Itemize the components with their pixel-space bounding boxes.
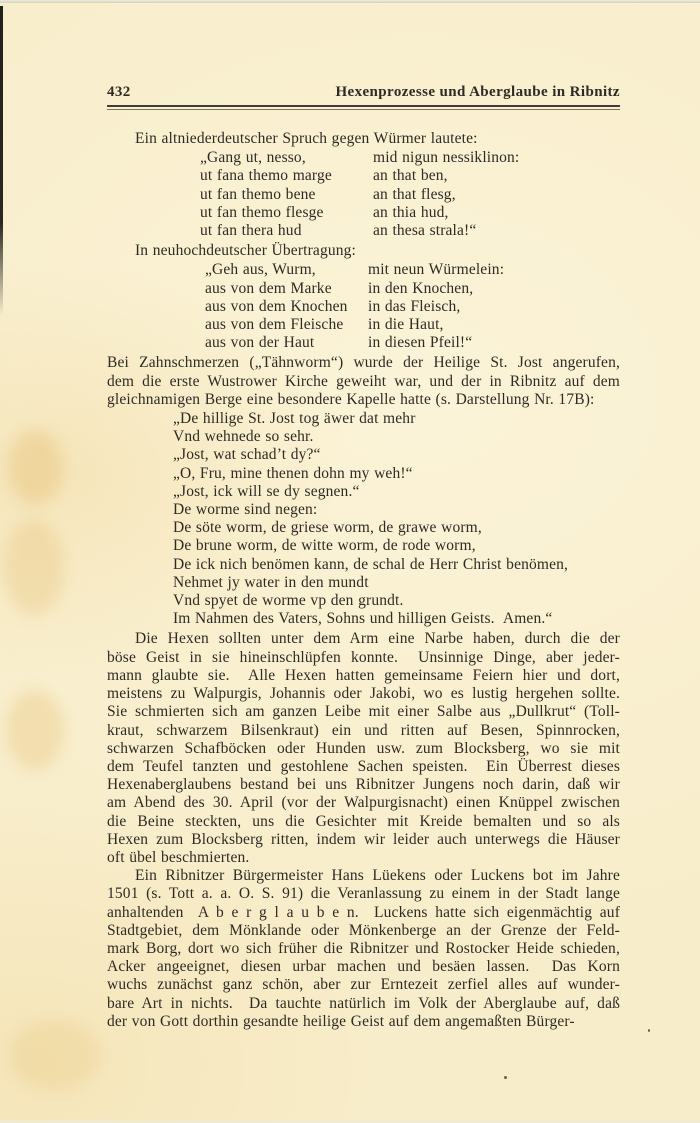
verse-line: „O, Fru, mine thenen dohn my weh!“ bbox=[173, 465, 620, 483]
verse-line: in diesen Pfeil!“ bbox=[368, 334, 620, 352]
paper-speck bbox=[648, 1029, 650, 1032]
text-line: oft übel beschmierten. bbox=[107, 849, 620, 867]
scan-edge-bottom bbox=[0, 1118, 700, 1123]
verse-line: Nehmet jy water in den mundt bbox=[173, 574, 620, 592]
verse-two-column: „Geh aus, Wurm,mit neun Würmelein:aus vo… bbox=[205, 261, 620, 352]
text-line: wuchs zunächst ganz schön, aber zur Ernt… bbox=[107, 976, 620, 994]
verse-line: aus von dem Marke bbox=[205, 280, 368, 298]
text-line: Die Hexen sollten unter dem Arm eine Nar… bbox=[107, 630, 620, 648]
scan-edge-left bbox=[0, 6, 3, 316]
verse-line: in den Knochen, bbox=[368, 280, 620, 298]
text-line: gleichnamigen Berge eine besondere Kapel… bbox=[107, 391, 620, 409]
header-rule-thin bbox=[107, 109, 620, 110]
paper-stain bbox=[10, 1020, 100, 1090]
verse-line: an thia hud, bbox=[373, 204, 620, 222]
verse-line: „De hillige St. Jost tog äwer dat mehr bbox=[173, 410, 620, 428]
text-line: Ein Ribnitzer Bürgermeister Hans Lüekens… bbox=[107, 867, 620, 885]
header-rule bbox=[107, 105, 620, 110]
verse-line: De worme sind negen: bbox=[173, 501, 620, 519]
scan-edge-top bbox=[0, 0, 700, 3]
verse-line: ut fan thera hud bbox=[200, 222, 373, 240]
text-line: Ein altniederdeutscher Spruch gegen Würm… bbox=[107, 130, 620, 148]
verse-line: mid nigun nessiklinon: bbox=[373, 149, 620, 167]
text-line: meistens zu Walpurgis, Johannis oder Jak… bbox=[107, 685, 620, 703]
paper-stain bbox=[4, 520, 64, 615]
verse-line: Vnd spyet de worme vp den grundt. bbox=[173, 592, 620, 610]
verse-line: „Jost, wat schad’t dy?“ bbox=[173, 446, 620, 464]
verse-line: an that flesg, bbox=[373, 186, 620, 204]
page-text: Ein altniederdeutscher Spruch gegen Würm… bbox=[107, 130, 620, 1031]
text-line: mark Borg, dort wo sich früher die Ribni… bbox=[107, 940, 620, 958]
verse-line: in die Haut, bbox=[368, 316, 620, 334]
verse-line: aus von dem Fleische bbox=[205, 316, 368, 334]
verse-line: mit neun Würmelein: bbox=[368, 261, 620, 279]
verse-two-column: „Gang ut, nesso,mid nigun nessiklinon:ut… bbox=[200, 149, 620, 240]
paper-speck bbox=[504, 1076, 507, 1079]
verse-line: De ick nich benömen kann, de schal de He… bbox=[173, 556, 620, 574]
text-line: Acker angeeignet, diesen urbar machen un… bbox=[107, 958, 620, 976]
text-line: Hexen zum Blocksberg ritten, indem wir l… bbox=[107, 831, 620, 849]
text-line: schwarzen Schafböcken oder Hunden usw. z… bbox=[107, 740, 620, 758]
text-line: Sie schmierten sich am ganzen Leibe mit … bbox=[107, 703, 620, 721]
text-line: dem die erste Wustrower Kirche geweiht w… bbox=[107, 373, 620, 391]
text-line: anhaltenden A b e r g l a u b e n. Lucke… bbox=[107, 904, 620, 922]
text-line: In neuhochdeutscher Übertragung: bbox=[107, 242, 620, 260]
verse-line: aus von der Haut bbox=[205, 334, 368, 352]
text-line: der von Gott dorthin gesandte heilige Ge… bbox=[107, 1013, 620, 1031]
verse-line: De brune worm, de witte worm, de rode wo… bbox=[173, 537, 620, 555]
verse: „De hillige St. Jost tog äwer dat mehrVn… bbox=[173, 410, 620, 628]
paragraph: Die Hexen sollten unter dem Arm eine Nar… bbox=[107, 630, 620, 867]
header-rule-thick bbox=[107, 105, 620, 107]
paragraph: In neuhochdeutscher Übertragung: bbox=[107, 242, 620, 260]
verse-line: aus von dem Knochen bbox=[205, 298, 368, 316]
verse-line: an thesa strala!“ bbox=[373, 222, 620, 240]
verse-line: ut fan themo bene bbox=[200, 186, 373, 204]
text-line: Stadtgebiet, dem Mönklande oder Mönkenbe… bbox=[107, 922, 620, 940]
running-title: Hexenprozesse und Aberglaube in Ribnitz bbox=[335, 84, 620, 101]
text-line: böse Geist in sie hineinschlüpfen konnte… bbox=[107, 649, 620, 667]
verse-line: De söte worm, de griese worm, de grawe w… bbox=[173, 519, 620, 537]
text-line: 1501 (s. Tott a. a. O. S. 91) die Veranl… bbox=[107, 885, 620, 903]
text-line: am Abend des 30. April (vor der Walpurgi… bbox=[107, 794, 620, 812]
text-line: Hexenaberglaubens bestand bei uns Ribnit… bbox=[107, 776, 620, 794]
paper-stain bbox=[6, 690, 64, 770]
paragraph: Bei Zahnschmerzen („Tähnworm“) wurde der… bbox=[107, 354, 620, 409]
verse-line: „Geh aus, Wurm, bbox=[205, 261, 368, 279]
text-line: kraut, schwarzem Bilsenkraut) ein und ri… bbox=[107, 722, 620, 740]
page-number: 432 bbox=[107, 84, 131, 101]
verse-line: ut fan themo flesge bbox=[200, 204, 373, 222]
book-page: 432 Hexenprozesse und Aberglaube in Ribn… bbox=[0, 0, 700, 1123]
verse-line: Im Nahmen des Vaters, Sohns und hilligen… bbox=[173, 610, 620, 628]
text-line: die Beine steckten, uns die Gesichter mi… bbox=[107, 813, 620, 831]
paper-stain bbox=[8, 430, 63, 505]
text-line: bare Art in nichts. Da tauchte natürlich… bbox=[107, 995, 620, 1013]
verse-line: Vnd wehnede so sehr. bbox=[173, 428, 620, 446]
verse-line: in das Fleisch, bbox=[368, 298, 620, 316]
verse-line: „Jost, ick will se dy segnen.“ bbox=[173, 483, 620, 501]
text-line: dem Teufel tanzten und gestohlene Sachen… bbox=[107, 758, 620, 776]
verse-line: „Gang ut, nesso, bbox=[200, 149, 373, 167]
paragraph: Ein Ribnitzer Bürgermeister Hans Lüekens… bbox=[107, 867, 620, 1031]
text-line: mann glaubte sie. Alle Hexen hatten geme… bbox=[107, 667, 620, 685]
verse-line: ut fana themo marge bbox=[200, 167, 373, 185]
text-line: Bei Zahnschmerzen („Tähnworm“) wurde der… bbox=[107, 354, 620, 372]
verse-line: an that ben, bbox=[373, 167, 620, 185]
paragraph: Ein altniederdeutscher Spruch gegen Würm… bbox=[107, 130, 620, 148]
running-head: 432 Hexenprozesse und Aberglaube in Ribn… bbox=[107, 84, 620, 101]
